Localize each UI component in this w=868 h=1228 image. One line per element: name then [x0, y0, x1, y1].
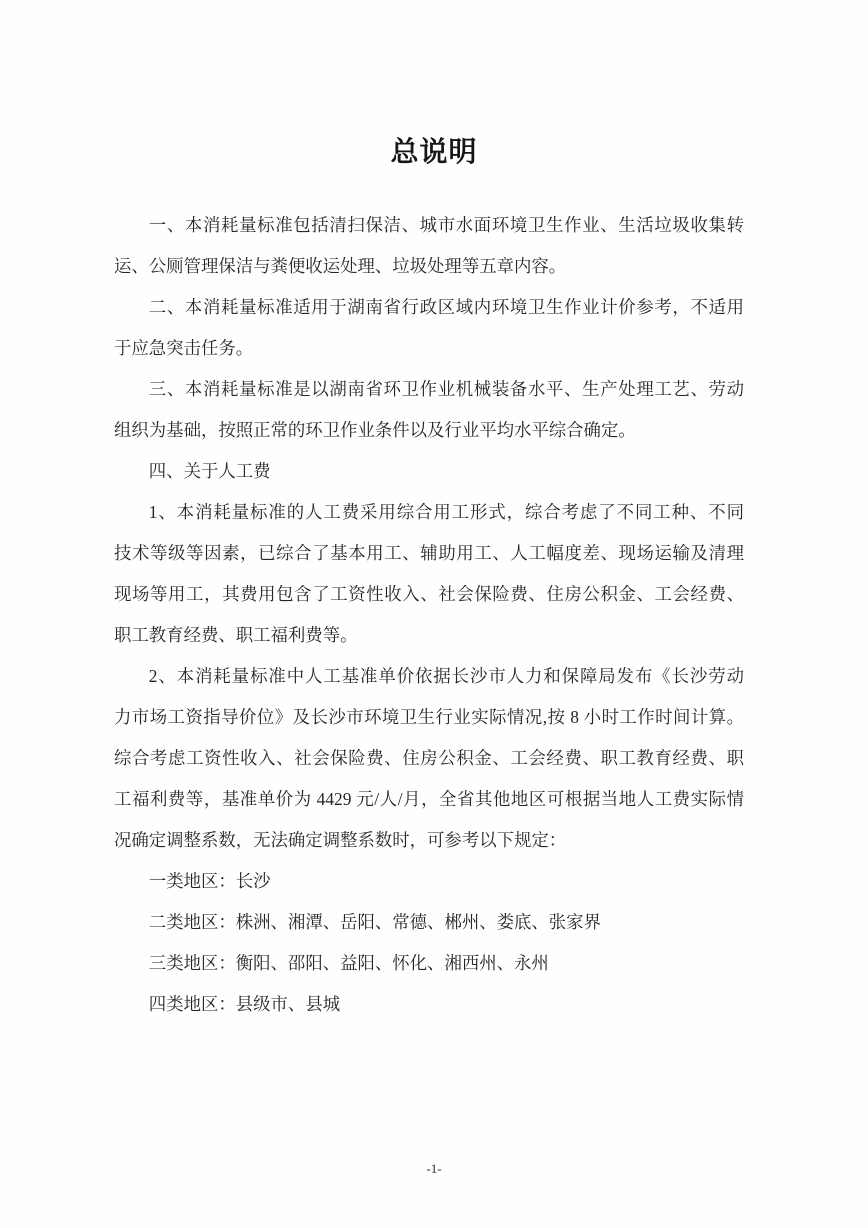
text-line: 职工教育经费、职工福利费等。 — [114, 615, 744, 656]
text-line: 于应急突击任务。 — [114, 328, 744, 369]
document-body: 一、本消耗量标准包括清扫保洁、城市水面环境卫生作业、生活垃圾收集转 运、公厕管理… — [114, 205, 744, 1025]
text-line: 运、公厕管理保洁与粪便收运处理、垃圾处理等五章内容。 — [114, 246, 744, 287]
paragraph: 四、关于人工费 — [114, 451, 744, 492]
paragraph: 二、本消耗量标准适用于湖南省行政区域内环境卫生作业计价参考，不适用 于应急突击任… — [114, 287, 744, 369]
text-line: 1、本消耗量标准的人工费采用综合用工形式，综合考虑了不同工种、不同 — [114, 492, 744, 533]
text-line: 组织为基础，按照正常的环卫作业条件以及行业平均水平综合确定。 — [114, 410, 744, 451]
text-line: 现场等用工，其费用包含了工资性收入、社会保险费、住房公积金、工会经费、 — [114, 574, 744, 615]
text-line: 四类地区：县级市、县城 — [114, 984, 744, 1025]
paragraph: 2、本消耗量标准中人工基准单价依据长沙市人力和保障局发布《长沙劳动 力市场工资指… — [114, 656, 744, 861]
paragraph: 二类地区：株洲、湘潭、岳阳、常德、郴州、娄底、张家界 — [114, 902, 744, 943]
paragraph: 一类地区：长沙 — [114, 861, 744, 902]
page-number: -1- — [0, 1160, 868, 1178]
text-line: 三类地区：衡阳、邵阳、益阳、怀化、湘西州、永州 — [114, 943, 744, 984]
text-line: 一类地区：长沙 — [114, 861, 744, 902]
text-line: 二、本消耗量标准适用于湖南省行政区域内环境卫生作业计价参考，不适用 — [114, 287, 744, 328]
text-line: 一、本消耗量标准包括清扫保洁、城市水面环境卫生作业、生活垃圾收集转 — [114, 205, 744, 246]
paragraph: 1、本消耗量标准的人工费采用综合用工形式，综合考虑了不同工种、不同 技术等级等因… — [114, 492, 744, 656]
paragraph: 三、本消耗量标准是以湖南省环卫作业机械装备水平、生产处理工艺、劳动 组织为基础，… — [114, 369, 744, 451]
text-line: 二类地区：株洲、湘潭、岳阳、常德、郴州、娄底、张家界 — [114, 902, 744, 943]
text-line: 2、本消耗量标准中人工基准单价依据长沙市人力和保障局发布《长沙劳动 — [114, 656, 744, 697]
paragraph: 一、本消耗量标准包括清扫保洁、城市水面环境卫生作业、生活垃圾收集转 运、公厕管理… — [114, 205, 744, 287]
document-page: 总说明 一、本消耗量标准包括清扫保洁、城市水面环境卫生作业、生活垃圾收集转 运、… — [0, 0, 868, 1228]
paragraph: 三类地区：衡阳、邵阳、益阳、怀化、湘西州、永州 — [114, 943, 744, 984]
text-line: 三、本消耗量标准是以湖南省环卫作业机械装备水平、生产处理工艺、劳动 — [114, 369, 744, 410]
page-title: 总说明 — [0, 134, 868, 170]
text-line: 技术等级等因素，已综合了基本用工、辅助用工、人工幅度差、现场运输及清理 — [114, 533, 744, 574]
text-line: 况确定调整系数，无法确定调整系数时，可参考以下规定： — [114, 820, 744, 861]
paragraph: 四类地区：县级市、县城 — [114, 984, 744, 1025]
text-line: 工福利费等，基准单价为 4429 元/人/月，全省其他地区可根据当地人工费实际情 — [114, 779, 744, 820]
text-line: 力市场工资指导价位》及长沙市环境卫生行业实际情况,按 8 小时工作时间计算。 — [114, 697, 744, 738]
text-line: 综合考虑工资性收入、社会保险费、住房公积金、工会经费、职工教育经费、职 — [114, 738, 744, 779]
text-line: 四、关于人工费 — [114, 451, 744, 492]
